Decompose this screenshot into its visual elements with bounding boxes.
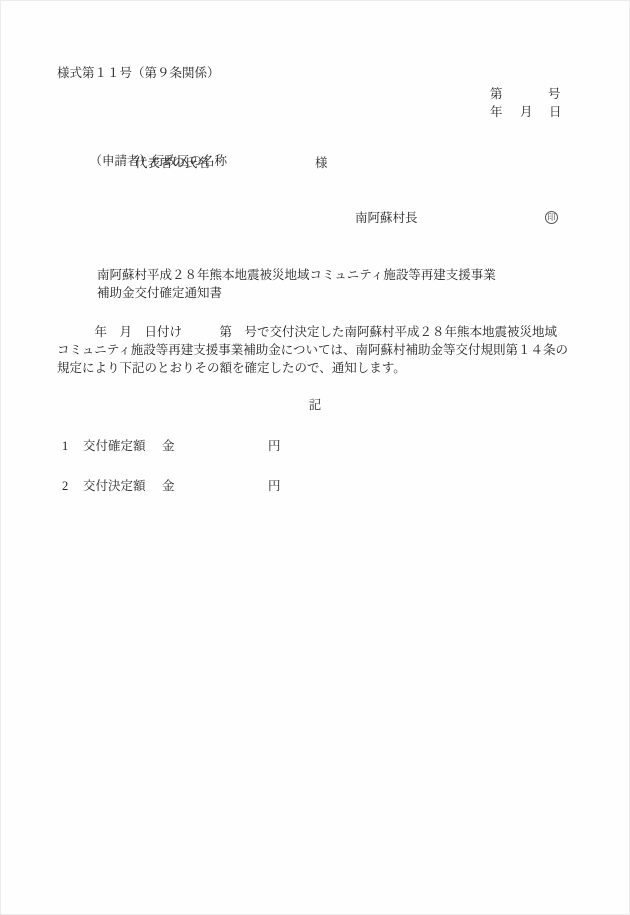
sender-title: 南阿蘇村長 bbox=[355, 210, 418, 226]
date-line: 年 月 日 bbox=[0, 104, 630, 120]
item-number: 1 bbox=[62, 438, 68, 454]
notice-document-page: 様式第１１号（第９条関係） 第 号 年 月 日 （申請者）行政区の名称 代表者の… bbox=[0, 0, 630, 915]
record-marker: 記 bbox=[0, 397, 630, 413]
date-day-label: 日 bbox=[549, 104, 562, 120]
currency-prefix-label: 金 bbox=[162, 438, 175, 454]
date-month-label: 月 bbox=[520, 104, 533, 120]
currency-prefix-label: 金 bbox=[162, 478, 175, 494]
item-row: 2 交付決定額 金 円 bbox=[0, 478, 630, 494]
body-paragraph-line3: 規定により下記のとおりその額を確定したので、通知します。 bbox=[57, 360, 406, 376]
item-label: 交付決定額 bbox=[83, 478, 146, 494]
form-number: 様式第１１号（第９条関係） bbox=[57, 65, 220, 81]
item-label: 交付確定額 bbox=[83, 438, 146, 454]
item-number: 2 bbox=[62, 478, 68, 494]
subject-title-line1: 南阿蘇村平成２８年熊本地震被災地域コミュニティ施設等再建支援事業 bbox=[97, 267, 496, 283]
subject-title-line2: 補助金交付確定通知書 bbox=[97, 285, 222, 301]
honorific-label: 様 bbox=[315, 155, 328, 171]
representative-label: 代表者の氏名 bbox=[135, 155, 210, 171]
currency-suffix-label: 円 bbox=[268, 478, 281, 494]
date-year-label: 年 bbox=[490, 104, 503, 120]
body-paragraph-line2: コミュニティ施設等再建支援事業補助金については、南阿蘇村補助金等交付規則第１４条… bbox=[57, 342, 568, 358]
applicant-line: （申請者）行政区の名称 bbox=[77, 137, 227, 153]
currency-suffix-label: 円 bbox=[268, 438, 281, 454]
seal-stamp-icon: 印 bbox=[545, 211, 558, 224]
doc-number-line: 第 号 bbox=[0, 86, 630, 102]
body-paragraph-line1: 年 月 日付け 第 号で交付決定した南阿蘇村平成２８年熊本地震被災地域 bbox=[57, 324, 557, 340]
doc-number-suffix: 号 bbox=[548, 86, 561, 102]
doc-number-prefix: 第 bbox=[490, 86, 503, 102]
sender-line: 南阿蘇村長 印 bbox=[0, 210, 630, 226]
item-row: 1 交付確定額 金 円 bbox=[0, 438, 630, 454]
representative-line: 代表者の氏名 様 bbox=[0, 155, 630, 171]
